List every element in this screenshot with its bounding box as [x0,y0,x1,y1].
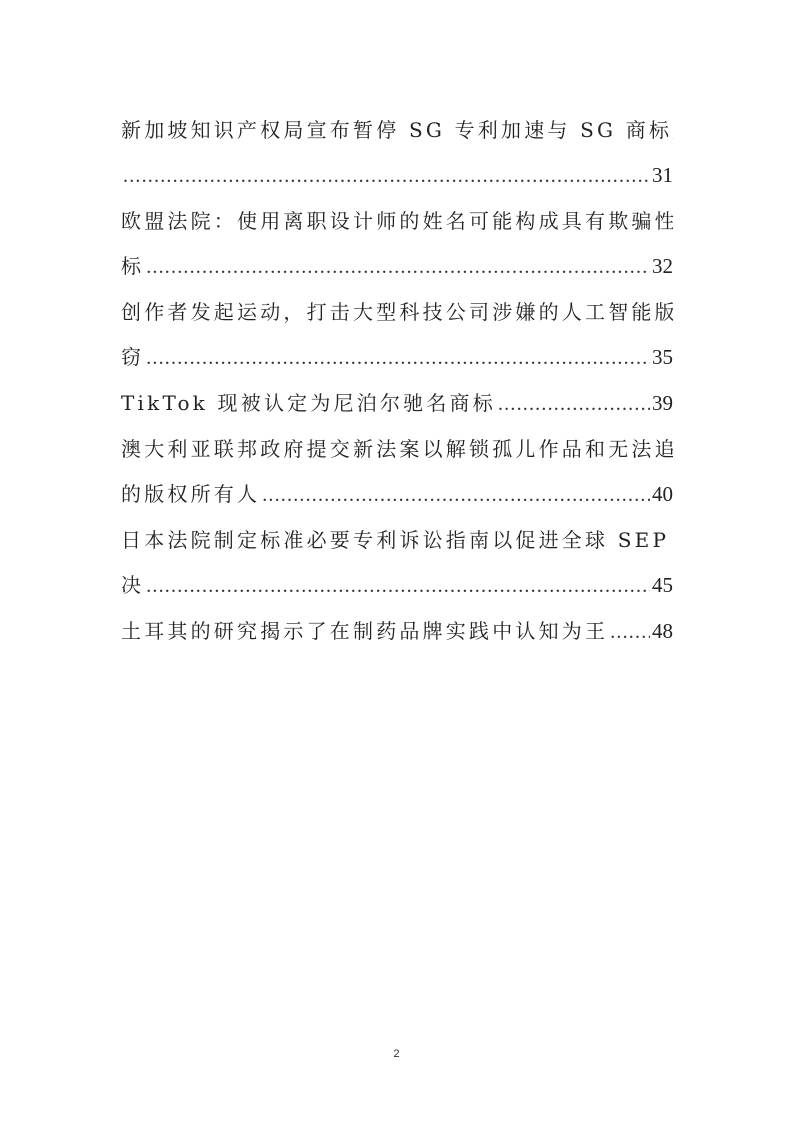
dot-leader [262,473,650,518]
toc-entry-title-tail: 标 [121,244,144,289]
toc-entry-title: 澳大利亚联邦政府提交新法案以解锁孤儿作品和无法追踪 [121,427,673,472]
toc-entry-ai-copyright-campaign[interactable]: 创作者发起运动，打击大型科技公司涉嫌的人工智能版权盗 窃 35 [121,290,673,381]
toc-entry-eu-court-trademark[interactable]: 欧盟法院：使用离职设计师的姓名可能构成具有欺骗性的商 标 32 [121,199,673,290]
toc-entry-title-tail: 的版权所有人 [121,472,260,517]
toc-entry-title: 创作者发起运动，打击大型科技公司涉嫌的人工智能版权盗 [121,290,673,335]
dot-leader [610,610,650,655]
toc-entry-leader-line: 31 [121,153,673,199]
toc-entry-leader-line: 标 32 [121,244,673,290]
toc-page-number: 40 [652,472,673,517]
toc-entry-title: TikTok 现被认定为尼泊尔驰名商标 [121,381,496,426]
toc-entry-title: 新加坡知识产权局宣布暂停 SG 专利加速与 SG 商标加速计划 [121,108,673,153]
toc-entry-leader-line: TikTok 现被认定为尼泊尔驰名商标 39 [121,381,673,427]
toc-entry-turkey-pharma-branding[interactable]: 土耳其的研究揭示了在制药品牌实践中认知为王 48 [121,609,673,655]
dot-leader [146,336,650,381]
table-of-contents: 新加坡知识产权局宣布暂停 SG 专利加速与 SG 商标加速计划 31 欧盟法院：… [121,108,673,655]
dot-leader [146,245,650,290]
toc-page-number: 31 [652,153,673,198]
toc-entry-leader-line: 的版权所有人 40 [121,472,673,518]
toc-entry-leader-line: 决 45 [121,563,673,609]
toc-page-number: 45 [652,563,673,608]
toc-entry-japan-sep-guidelines[interactable]: 日本法院制定标准必要专利诉讼指南以促进全球 SEP 争议解 决 45 [121,518,673,609]
toc-page-number: 32 [652,244,673,289]
toc-entry-title: 日本法院制定标准必要专利诉讼指南以促进全球 SEP 争议解 [121,518,673,563]
toc-page-number: 48 [652,609,673,654]
dot-leader [146,564,650,609]
dot-leader [123,154,650,199]
toc-entry-title: 土耳其的研究揭示了在制药品牌实践中认知为王 [121,609,608,654]
toc-entry-leader-line: 土耳其的研究揭示了在制药品牌实践中认知为王 48 [121,609,673,655]
toc-page-number: 35 [652,335,673,380]
toc-entry-leader-line: 窃 35 [121,335,673,381]
toc-entry-title: 欧盟法院：使用离职设计师的姓名可能构成具有欺骗性的商 [121,199,673,244]
page-number: 2 [0,1048,793,1060]
toc-entry-australia-orphan-works[interactable]: 澳大利亚联邦政府提交新法案以解锁孤儿作品和无法追踪 的版权所有人 40 [121,427,673,518]
toc-entry-title-tail: 决 [121,563,144,608]
toc-entry-tiktok-nepal[interactable]: TikTok 现被认定为尼泊尔驰名商标 39 [121,381,673,427]
toc-entry-singapore-ip[interactable]: 新加坡知识产权局宣布暂停 SG 专利加速与 SG 商标加速计划 31 [121,108,673,199]
dot-leader [498,382,650,427]
toc-page-number: 39 [652,381,673,426]
toc-entry-title-tail: 窃 [121,335,144,380]
